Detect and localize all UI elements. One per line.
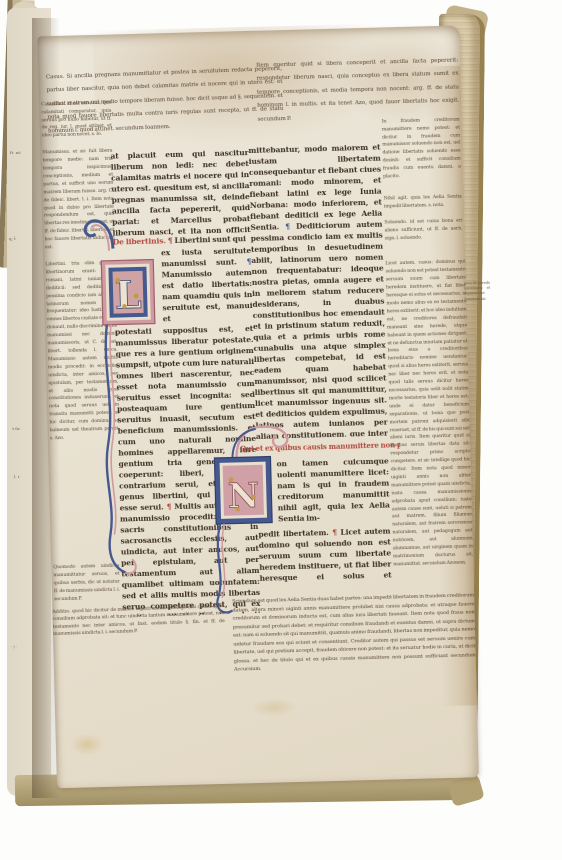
facing-page-text-scrap: ſt· nō (10, 150, 21, 155)
manuscript-photo: ſt· nō q; t̄ ⁊ ſic l. i. · / · Casus. Si… (0, 0, 562, 860)
parchment-stain (70, 733, 105, 756)
right-gloss-paragraph: Nihil agit. quia lex Aelia Sentia impedi… (384, 193, 462, 211)
right-gloss-paragraph: Licet autem. casus: dominus qui soluendo… (385, 259, 473, 569)
right-gloss-paragraph: Soluendo. id est cuius bona eri alieno s… (384, 217, 463, 243)
right-gloss-paragraph: In fraudem creditorum manumittere nemo p… (382, 116, 462, 181)
main-column-2-upper: mittebantur, modo maiorem et iustam libe… (248, 142, 388, 439)
outer-margin-note: nota de herede necessario et separatione… (464, 281, 491, 312)
facing-page-text-scrap: ⁊ ſic (12, 426, 20, 431)
facing-page-text-scrap: l. i. (14, 474, 20, 479)
right-gloss-column: In fraudem creditorum manumittere nemo p… (381, 111, 474, 593)
facing-page-text-scrap: · / · (11, 644, 17, 649)
left-gloss-paragraph: Calamitas. id est seruitus, que calamita… (41, 99, 112, 140)
facing-page-text-scrap: q; t̄ (9, 236, 16, 241)
main-column-1-line: ¶ Libertini sunt qui (168, 234, 246, 245)
bottom-gloss-left: Additio. quod hic dicitur de minore uigi… (52, 603, 225, 639)
manuscript-page: Casus. Si ancilla pregnans manumittatur … (37, 25, 479, 788)
decorated-initial-l: L (78, 203, 172, 585)
bottom-gloss-right: Sciendum est quod lex Aelia Sentia duas … (232, 591, 476, 677)
decorated-initial-n: N (193, 411, 328, 614)
parchment-stain (251, 698, 297, 717)
main-column-1-beside-initial: ex iusta seruitute manumissi sunt. ¶ Man… (161, 245, 253, 323)
